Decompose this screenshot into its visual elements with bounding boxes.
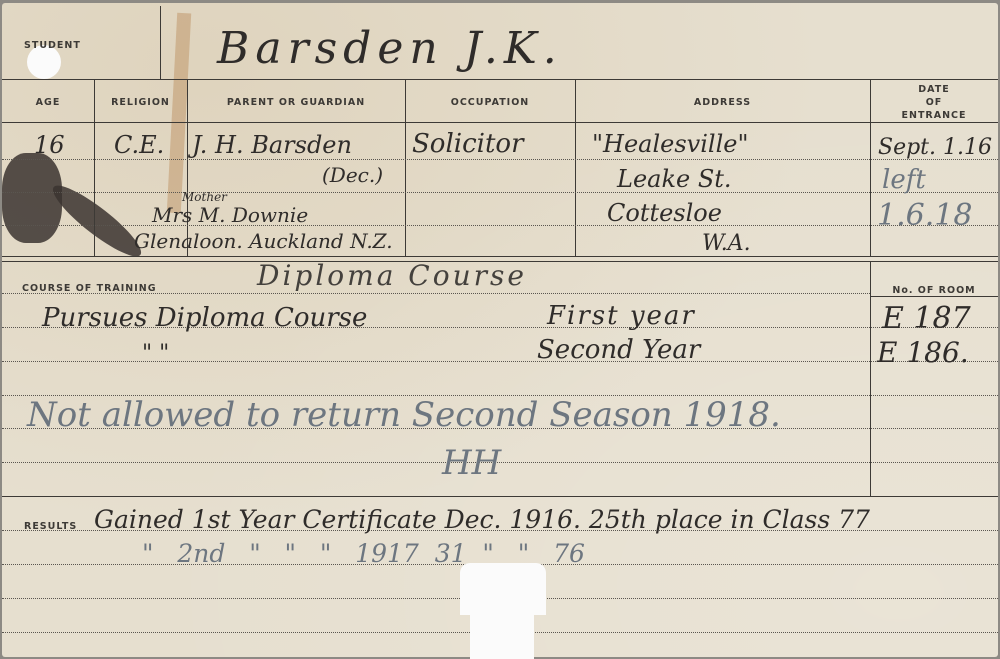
address-line-1: "Healesville" [592,130,749,158]
label-age: AGE [2,97,94,108]
label-occupation: OCCUPATION [405,97,575,108]
results-line-1: Gained 1st Year Certificate Dec. 1916. 2… [94,505,870,534]
course-year-1: First year [547,301,696,331]
entrance-date: Sept. 1.16 [878,135,992,160]
address-line-2: Leake St. [617,165,732,193]
label-parent: PARENT OR GUARDIAN [187,97,405,108]
address-line-3: Cottesloe [607,199,722,227]
label-address: ADDRESS [575,97,870,108]
occupation-value: Solicitor [412,129,524,159]
card-notch-stem [470,603,534,659]
guardian-address: Glenaloon. Auckland N.Z. [134,229,393,253]
label-course-of-training: COURSE OF TRAINING [22,283,157,294]
label-room: No. OF ROOM [870,285,998,296]
room-1: E 187 [882,301,971,336]
course-header: Diploma Course [257,259,527,292]
guardian-name: Mrs M. Downie [152,203,308,227]
course-note: Not allowed to return Second Season 1918… [27,395,781,435]
label-religion: RELIGION [94,97,187,108]
label-date-of-entrance: DATE OF ENTRANCE [870,83,998,122]
student-record-card: STUDENT AGE RELIGION PARENT OR GUARDIAN … [2,3,998,657]
label-student: STUDENT [24,40,81,51]
age-value: 16 [34,131,65,159]
parent-deceased-note: (Dec.) [322,163,383,187]
label-results: RESULTS [24,521,77,532]
course-row-2: " " [142,341,169,366]
address-line-4: W.A. [702,231,751,256]
parent-name: J. H. Barsden [192,131,352,159]
course-row-1: Pursues Diploma Course [42,303,367,333]
initials: HH [442,443,501,483]
course-year-2: Second Year [537,335,700,365]
student-name: Barsden J.K. [217,23,563,74]
ink-stain [2,153,62,243]
religion-value: C.E. [114,131,164,159]
ink-stain-streak [46,177,149,265]
room-2: E 186. [877,336,969,369]
left-date: 1.6.18 [877,198,972,233]
left-note: left [882,165,926,195]
parent-mother-note: Mother [182,190,227,204]
